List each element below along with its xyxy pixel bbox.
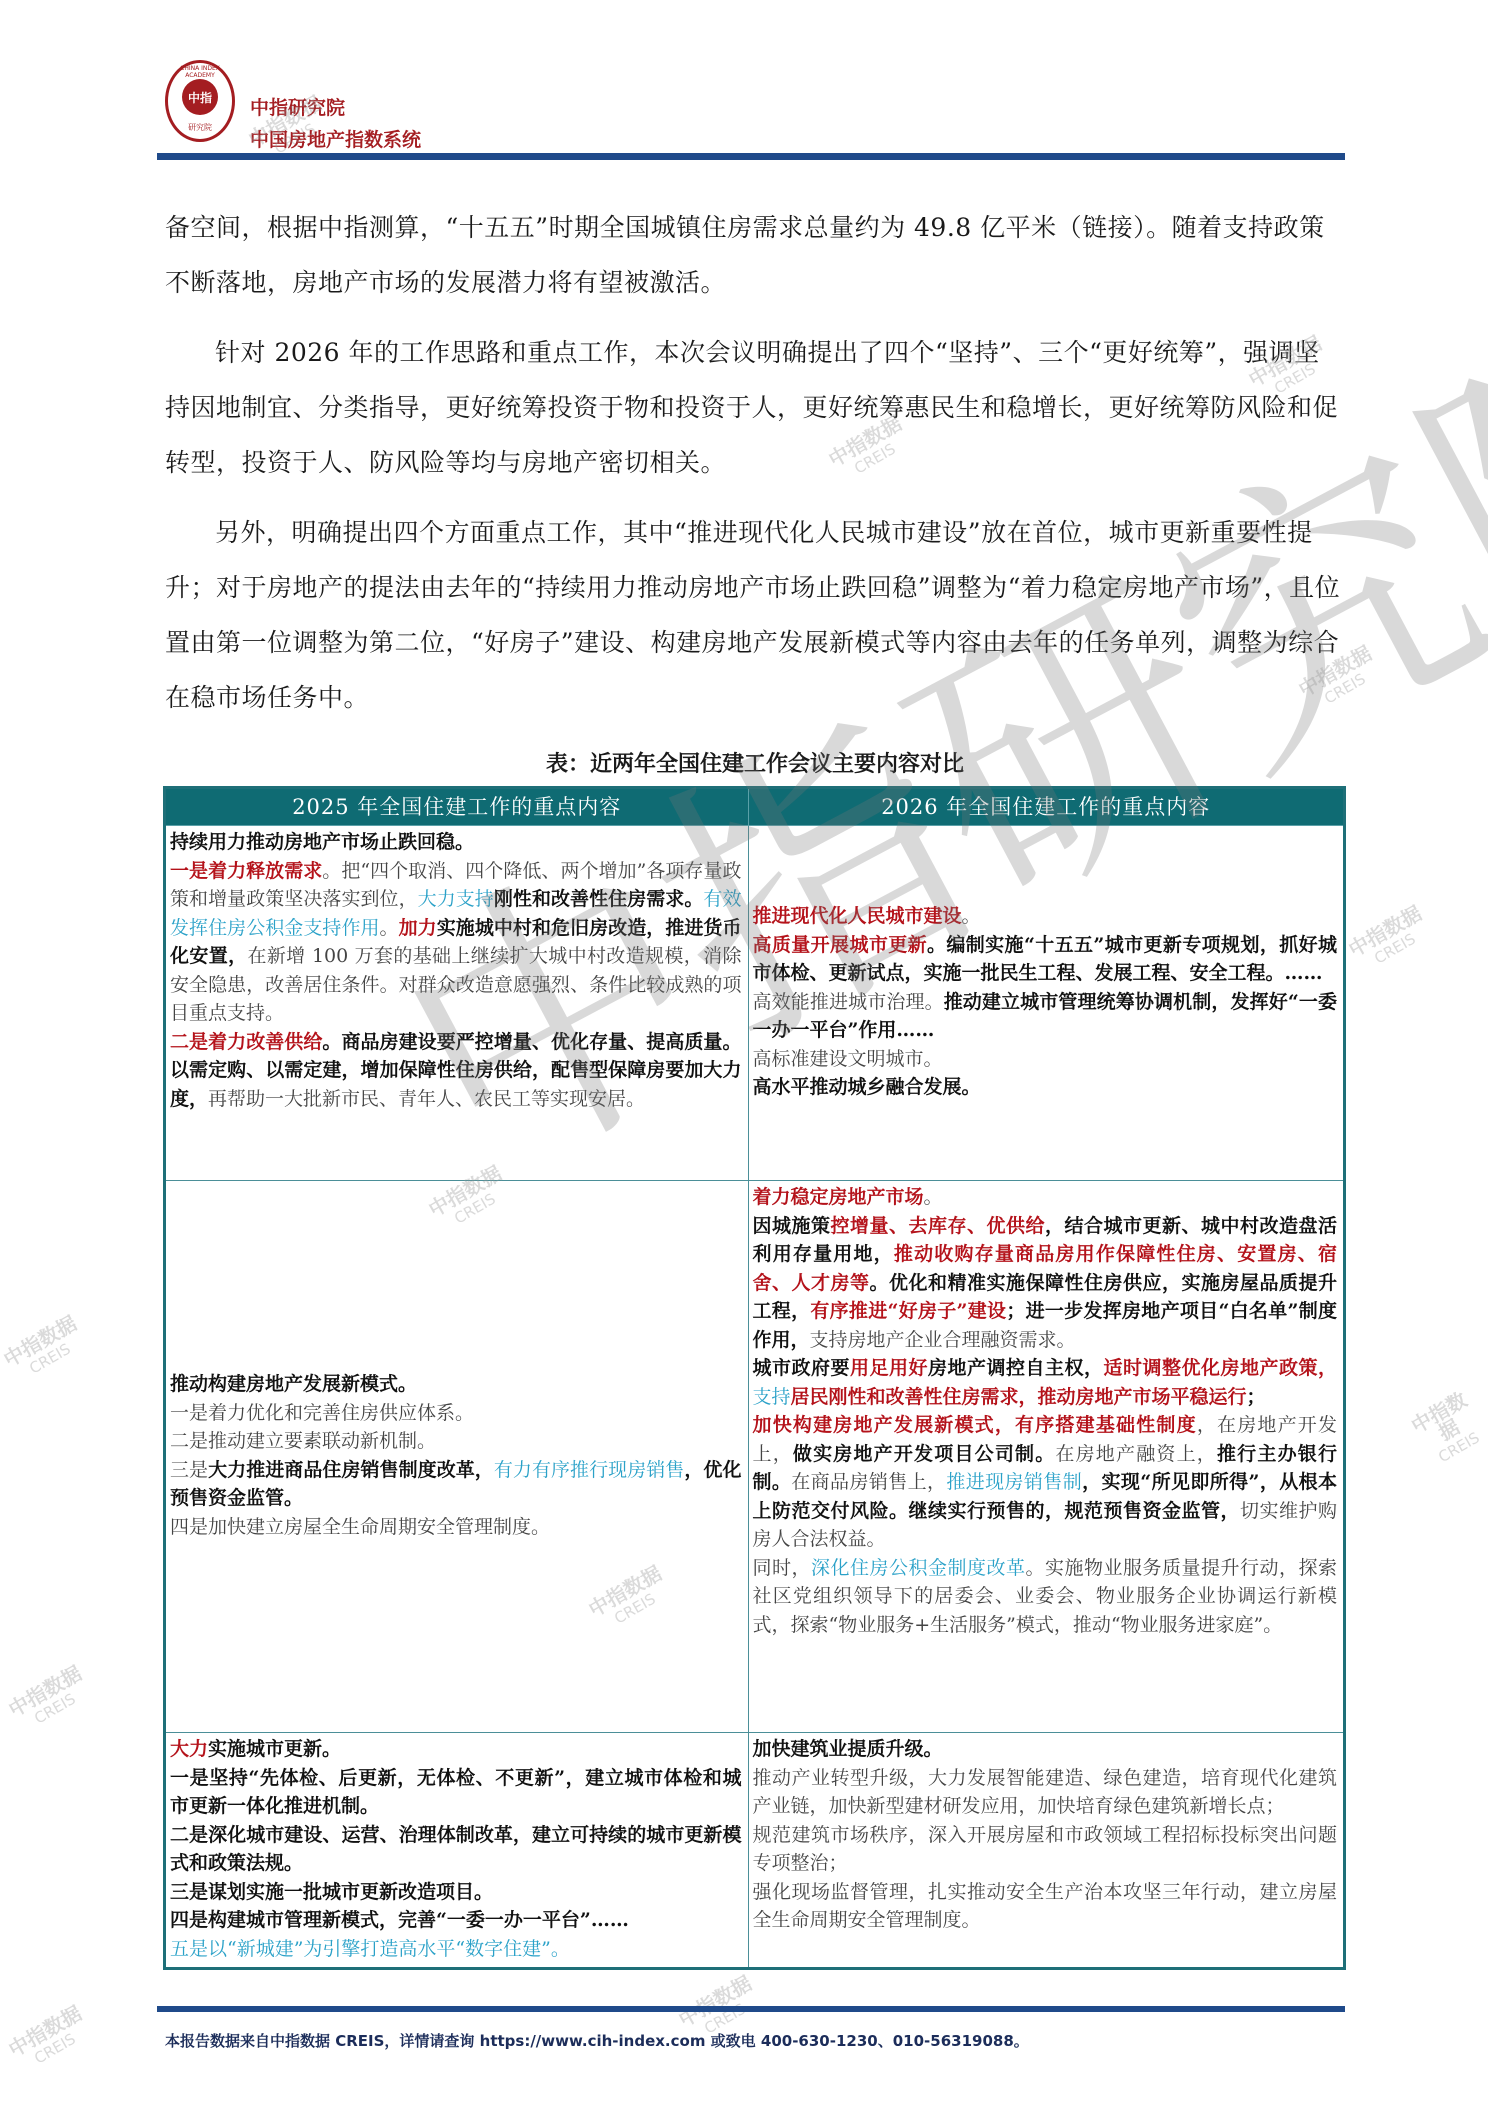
cell-text: 房地产调控自主权， [928, 1357, 1103, 1379]
highlight-red: 控增量、去库存、优供给 [831, 1215, 1045, 1237]
highlight-red: 有序推进“好房子”建设 [810, 1300, 1006, 1322]
cell-text: 二是深化城市建设、运营、治理体制改革，建立可持续的城市更新模式和政策法规。 [170, 1824, 742, 1875]
table-cell: 推动构建房地产发展新模式。一是着力优化和完善住房供应体系。二是推动建立要素联动新… [165, 1181, 749, 1733]
cell-paragraph: 加快建筑业提质升级。 [753, 1735, 1338, 1764]
highlight-red: 高质量开展城市更新 [753, 934, 928, 956]
cell-paragraph: 城市政府要用足用好房地产调控自主权，适时调整优化房地产政策，支持居民刚性和改善性… [753, 1354, 1338, 1411]
cell-paragraph: 推动构建房地产发展新模式。 [170, 1370, 742, 1399]
cell-text: 大力推进商品住房销售制度改革， [208, 1459, 494, 1481]
page-header: CHINA INDEX ACADEMY 中指 研究院 中指研究院 中国房地产指数… [0, 0, 1488, 170]
body-paragraph: 针对 2026 年的工作思路和重点工作，本次会议明确提出了四个“坚持”、三个“更… [165, 325, 1345, 490]
cell-paragraph: 高水平推动城乡融合发展。 [753, 1073, 1338, 1102]
cell-text: 刚性和改善性住房需求。 [494, 888, 704, 910]
highlight-red: 适时调整优化房地产政策， [1103, 1357, 1336, 1379]
cell-paragraph: 推进现代化人民城市建设。 [753, 902, 1338, 931]
cell-paragraph: 二是推动建立要素联动新机制。 [170, 1427, 742, 1456]
highlight-blue: 大力支持 [418, 888, 494, 910]
cell-text: 实施城市更新。 [208, 1738, 341, 1760]
header-divider [157, 153, 1345, 160]
highlight-red: 居民刚性和改善性住房需求，推动房地产市场平稳运行 [791, 1386, 1247, 1408]
body-paragraph: 另外，明确提出四个方面重点工作，其中“推进现代化人民城市建设”放在首位，城市更新… [165, 505, 1345, 725]
cell-paragraph: 因城施策控增量、去库存、优供给，结合城市更新、城中村改造盘活利用存量用地，推动收… [753, 1212, 1338, 1355]
cell-text: 三是 [170, 1459, 208, 1481]
watermark-small: 中指数据CREIS [5, 2003, 94, 2078]
body-paragraph: 备空间，根据中指测算，“十五五”时期全国城镇住房需求总量约为 49.8 亿平米（… [165, 200, 1345, 310]
table-cell: 推进现代化人民城市建设。高质量开展城市更新。编制实施“十五五”城市更新专项规划，… [748, 826, 1345, 1181]
highlight-red: 推进现代化人民城市建设 [753, 905, 962, 927]
cell-paragraph: 着力稳定房地产市场。 [753, 1183, 1338, 1212]
org-name: 中指研究院 [250, 93, 345, 120]
cell-text: 高标准建设文明城市。 [753, 1048, 943, 1070]
cell-text: 。 [924, 1186, 943, 1208]
cell-text: 四是构建城市管理新模式，完善“一委一办一平台”…… [170, 1909, 629, 1931]
table-row: 持续用力推动房地产市场止跌回稳。一是着力释放需求。把“四个取消、四个降低、两个增… [165, 826, 1345, 1181]
highlight-red: 用足用好 [850, 1357, 928, 1379]
cell-text: 三是谋划实施一批城市更新改造项目。 [170, 1881, 493, 1903]
cell-paragraph: 一是着力优化和完善住房供应体系。 [170, 1399, 742, 1428]
cell-paragraph: 二是着力改善供给。商品房建设要严控增量、优化存量、提高质量。以需定购、以需定建，… [170, 1028, 742, 1114]
highlight-blue: 五是以“新城建”为引擎打造高水平“数字住建”。 [170, 1938, 570, 1960]
cell-paragraph: 规范建筑市场秩序，深入开展房屋和市政领域工程招标投标突出问题专项整治； [753, 1821, 1338, 1878]
logo-ring-text: CHINA INDEX ACADEMY [168, 65, 232, 79]
cell-text: 一是坚持“先体检、后更新，无体检、不更新”，建立城市体检和城市更新一体化推进机制… [170, 1767, 742, 1818]
watermark-small: 中指数据CREIS [1345, 903, 1434, 978]
footer-source-note: 本报告数据来自中指数据 CREIS，详情请查询 https://www.cih-… [165, 2030, 1029, 2051]
cell-paragraph: 推动产业转型升级，大力发展智能建造、绿色建造，培育现代化建筑产业链，加快新型建材… [753, 1764, 1338, 1821]
table-header-row: 2025 年全国住建工作的重点内容 2026 年全国住建工作的重点内容 [165, 788, 1345, 826]
cell-paragraph: 五是以“新城建”为引擎打造高水平“数字住建”。 [170, 1935, 742, 1964]
cell-text: 二是推动建立要素联动新机制。 [170, 1430, 436, 1452]
cell-paragraph: 一是着力释放需求。把“四个取消、四个降低、两个增加”各项存量政策和增量政策坚决落… [170, 857, 742, 1028]
cell-paragraph: 四是构建城市管理新模式，完善“一委一办一平台”…… [170, 1906, 742, 1935]
cell-text: 推动构建房地产发展新模式。 [170, 1373, 417, 1395]
highlight-blue: 深化住房公积金制度改革 [811, 1557, 1025, 1579]
cell-text: 持续用力推动房地产市场止跌回稳。 [170, 831, 474, 853]
cell-text: 再帮助一大批新市民、青年人、农民工等实现安居。 [208, 1088, 645, 1110]
org-subtitle: 中国房地产指数系统 [250, 125, 421, 152]
table-cell: 持续用力推动房地产市场止跌回稳。一是着力释放需求。把“四个取消、四个降低、两个增… [165, 826, 749, 1181]
cell-text: ； [1247, 1386, 1266, 1408]
cell-paragraph: 高质量开展城市更新。编制实施“十五五”城市更新专项规划，抓好城市体检、更新试点，… [753, 931, 1338, 988]
cell-text: 推动产业转型升级，大力发展智能建造、绿色建造，培育现代化建筑产业链，加快新型建材… [753, 1767, 1338, 1818]
footer-divider [157, 2006, 1345, 2012]
table-cell: 加快建筑业提质升级。推动产业转型升级，大力发展智能建造、绿色建造，培育现代化建筑… [748, 1733, 1345, 1969]
cell-text: 做实房地产开发项目公司制。 [793, 1443, 1056, 1465]
highlight-blue: 推进现房销售制 [946, 1471, 1082, 1493]
cell-text: 一是着力优化和完善住房供应体系。 [170, 1402, 474, 1424]
cell-paragraph: 同时，深化住房公积金制度改革。实施物业服务质量提升行动，探索社区党组织领导下的居… [753, 1554, 1338, 1640]
highlight-blue: 有力有序推行现房销售 [494, 1459, 685, 1481]
cell-paragraph: 一是坚持“先体检、后更新，无体检、不更新”，建立城市体检和城市更新一体化推进机制… [170, 1764, 742, 1821]
cell-text: 因城施策 [753, 1215, 831, 1237]
table-title: 表：近两年全国住建工作会议主要内容对比 [165, 747, 1345, 778]
highlight-blue: 支持 [753, 1386, 791, 1408]
watermark-small: 中指数据CREIS [1400, 1385, 1488, 1476]
cell-paragraph: 加快构建房地产发展新模式，有序搭建基础性制度，在房地产开发上，做实房地产开发项目… [753, 1411, 1338, 1554]
highlight-red: 加快构建房地产发展新模式，有序搭建基础性制度 [753, 1414, 1197, 1436]
cell-text: 城市政府要 [753, 1357, 851, 1379]
cell-text: 强化现场监督管理，扎实推动安全生产治本攻坚三年行动，建立房屋全生命周期安全管理制… [753, 1881, 1338, 1932]
cell-paragraph: 强化现场监督管理，扎实推动安全生产治本攻坚三年行动，建立房屋全生命周期安全管理制… [753, 1878, 1338, 1935]
cell-text: 在房地产融资上， [1055, 1443, 1217, 1465]
cell-paragraph: 二是深化城市建设、运营、治理体制改革，建立可持续的城市更新模式和政策法规。 [170, 1821, 742, 1878]
cell-text: 同时， [753, 1557, 812, 1579]
cell-text: 高水平推动城乡融合发展。 [753, 1076, 981, 1098]
watermark-small: 中指数据CREIS [5, 1663, 94, 1738]
institute-seal-icon: CHINA INDEX ACADEMY 中指 研究院 [165, 60, 235, 142]
table-row: 推动构建房地产发展新模式。一是着力优化和完善住房供应体系。二是推动建立要素联动新… [165, 1181, 1345, 1733]
column-header-2025: 2025 年全国住建工作的重点内容 [165, 788, 749, 826]
highlight-red: 大力 [170, 1738, 208, 1760]
cell-paragraph: 大力实施城市更新。 [170, 1735, 742, 1764]
comparison-table: 2025 年全国住建工作的重点内容 2026 年全国住建工作的重点内容 持续用力… [163, 786, 1346, 1970]
cell-text: 。 [962, 905, 981, 927]
cell-text: 支持房地产企业合理融资需求。 [810, 1329, 1076, 1351]
cell-text: 加快建筑业提质升级。 [753, 1738, 943, 1760]
highlight-red: 加力 [399, 917, 437, 939]
table-cell: 大力实施城市更新。一是坚持“先体检、后更新，无体检、不更新”，建立城市体检和城市… [165, 1733, 749, 1969]
cell-paragraph: 三是谋划实施一批城市更新改造项目。 [170, 1878, 742, 1907]
logo-bottom-text: 研究院 [168, 122, 232, 133]
cell-paragraph: 高标准建设文明城市。 [753, 1045, 1338, 1074]
logo-center: 中指 [182, 79, 218, 115]
watermark-small: 中指数据CREIS [0, 1313, 89, 1388]
cell-paragraph: 高效能推进城市治理。推动建立城市管理统筹协调机制，发挥好“一委一办一平台”作用…… [753, 988, 1338, 1045]
cell-text: 在新增 100 万套的基础上继续扩大城中村改造规模，消除安全隐患，改善居住条件。… [170, 945, 742, 1024]
table-row: 大力实施城市更新。一是坚持“先体检、后更新，无体检、不更新”，建立城市体检和城市… [165, 1733, 1345, 1969]
cell-text: 。 [380, 917, 399, 939]
cell-text: 在商品房销售上， [791, 1471, 946, 1493]
cell-paragraph: 三是大力推进商品住房销售制度改革，有力有序推行现房销售，优化预售资金监管。 [170, 1456, 742, 1513]
table-cell: 着力稳定房地产市场。因城施策控增量、去库存、优供给，结合城市更新、城中村改造盘活… [748, 1181, 1345, 1733]
cell-text: 四是加快建立房屋全生命周期安全管理制度。 [170, 1516, 550, 1538]
highlight-red: 一是着力释放需求 [170, 860, 322, 882]
cell-paragraph: 四是加快建立房屋全生命周期安全管理制度。 [170, 1513, 742, 1542]
highlight-red: 二是着力改善供给 [170, 1031, 322, 1053]
cell-text: 高效能推进城市治理。 [753, 991, 944, 1013]
cell-text: 规范建筑市场秩序，深入开展房屋和市政领域工程招标投标突出问题专项整治； [753, 1824, 1338, 1875]
highlight-red: 着力稳定房地产市场 [753, 1186, 924, 1208]
column-header-2026: 2026 年全国住建工作的重点内容 [748, 788, 1345, 826]
cell-paragraph: 持续用力推动房地产市场止跌回稳。 [170, 828, 742, 857]
